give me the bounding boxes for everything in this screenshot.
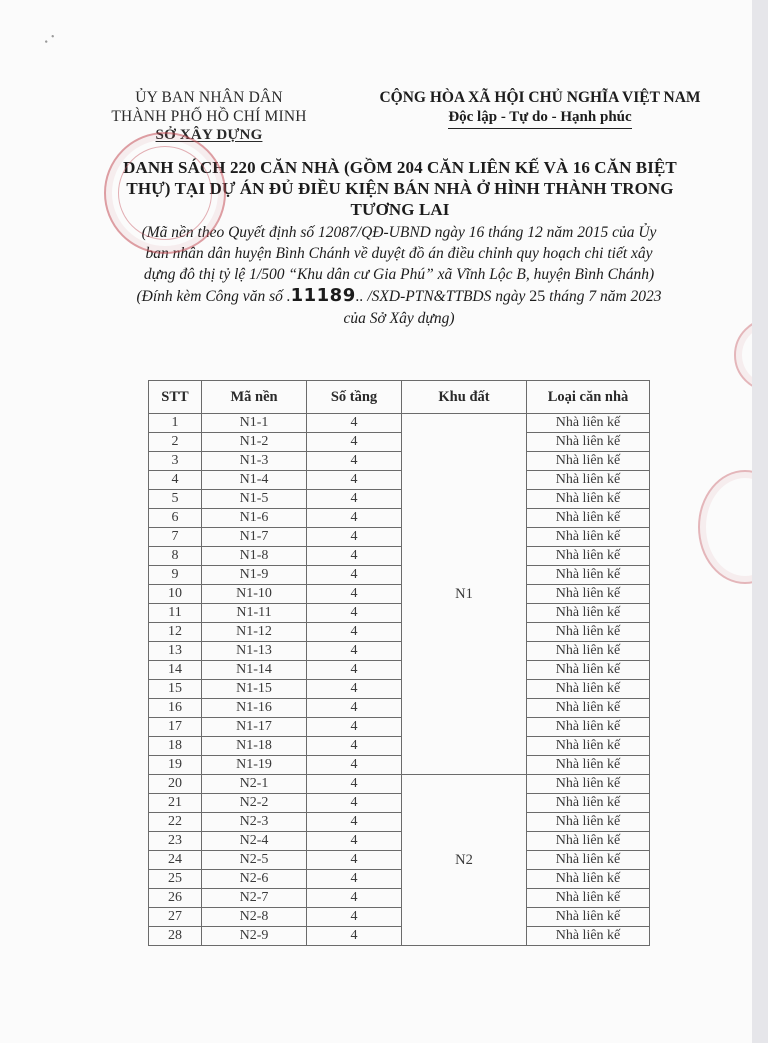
cell-stt: 14: [149, 661, 202, 680]
cell-ma-nen: N1-15: [202, 680, 307, 699]
cell-stt: 9: [149, 566, 202, 585]
cell-ma-nen: N1-12: [202, 623, 307, 642]
cell-so-tang: 4: [307, 566, 402, 585]
table-row: 1N1-14N1Nhà liên kế: [149, 414, 650, 433]
cell-stt: 13: [149, 642, 202, 661]
cell-loai-can-nha: Nhà liên kế: [527, 604, 650, 623]
cell-loai-can-nha: Nhà liên kế: [527, 471, 650, 490]
attachment-middle: .. /SXD-PTN&TTBDS ngày: [356, 288, 530, 305]
cell-stt: 10: [149, 585, 202, 604]
cell-loai-can-nha: Nhà liên kế: [527, 566, 650, 585]
cell-stt: 19: [149, 756, 202, 775]
table-row: 13N1-134Nhà liên kế: [149, 642, 650, 661]
cell-ma-nen: N1-11: [202, 604, 307, 623]
title-line-1: DANH SÁCH 220 CĂN NHÀ (GỒM 204 CĂN LIÊN …: [110, 157, 690, 178]
cell-so-tang: 4: [307, 927, 402, 946]
subtitle-line-2: ban nhân dân huyện Bình Chánh về duyệt đ…: [104, 243, 694, 264]
cell-so-tang: 4: [307, 585, 402, 604]
cell-loai-can-nha: Nhà liên kế: [527, 433, 650, 452]
cell-loai-can-nha: Nhà liên kế: [527, 794, 650, 813]
cell-so-tang: 4: [307, 699, 402, 718]
cell-ma-nen: N2-5: [202, 851, 307, 870]
table-row: 14N1-144Nhà liên kế: [149, 661, 650, 680]
cell-ma-nen: N2-4: [202, 832, 307, 851]
cell-stt: 17: [149, 718, 202, 737]
table-row: 8N1-84Nhà liên kế: [149, 547, 650, 566]
table-row: 6N1-64Nhà liên kế: [149, 509, 650, 528]
table-row: 7N1-74Nhà liên kế: [149, 528, 650, 547]
cell-loai-can-nha: Nhà liên kế: [527, 699, 650, 718]
cell-loai-can-nha: Nhà liên kế: [527, 870, 650, 889]
cell-loai-can-nha: Nhà liên kế: [527, 851, 650, 870]
table-row: 11N1-114Nhà liên kế: [149, 604, 650, 623]
cell-so-tang: 4: [307, 471, 402, 490]
cell-stt: 11: [149, 604, 202, 623]
cell-stt: 1: [149, 414, 202, 433]
attachment-prefix: (Đính kèm Công văn số .: [136, 288, 290, 305]
header-loai-can-nha: Loại căn nhà: [527, 381, 650, 414]
agency-line-2: THÀNH PHỐ HỒ CHÍ MINH: [96, 107, 322, 126]
table-row: 24N2-54Nhà liên kế: [149, 851, 650, 870]
cell-stt: 5: [149, 490, 202, 509]
attachment-note: (Đính kèm Công văn số .11189.. /SXD-PTN&…: [104, 285, 694, 330]
cell-so-tang: 4: [307, 851, 402, 870]
cell-loai-can-nha: Nhà liên kế: [527, 452, 650, 471]
document-subtitle: (Mã nền theo Quyết định số 12087/QĐ-UBND…: [104, 222, 694, 285]
cell-ma-nen: N1-18: [202, 737, 307, 756]
table-row: 16N1-164Nhà liên kế: [149, 699, 650, 718]
cell-stt: 16: [149, 699, 202, 718]
cell-ma-nen: N1-7: [202, 528, 307, 547]
cell-loai-can-nha: Nhà liên kế: [527, 775, 650, 794]
house-list-table: STT Mã nền Số tầng Khu đất Loại căn nhà …: [148, 380, 650, 946]
cell-so-tang: 4: [307, 604, 402, 623]
cell-stt: 27: [149, 908, 202, 927]
cell-loai-can-nha: Nhà liên kế: [527, 889, 650, 908]
viewer-margin: [752, 0, 768, 1043]
cell-stt: 21: [149, 794, 202, 813]
cell-ma-nen: N1-4: [202, 471, 307, 490]
cell-ma-nen: N1-13: [202, 642, 307, 661]
title-line-3: TƯƠNG LAI: [110, 199, 690, 220]
cell-ma-nen: N2-9: [202, 927, 307, 946]
table-row: 4N1-44Nhà liên kế: [149, 471, 650, 490]
subtitle-line-3: dựng đô thị tỷ lệ 1/500 “Khu dân cư Gia …: [104, 264, 694, 285]
table-row: 23N2-44Nhà liên kế: [149, 832, 650, 851]
table-row: 2N1-24Nhà liên kế: [149, 433, 650, 452]
cell-ma-nen: N1-9: [202, 566, 307, 585]
cell-ma-nen: N2-3: [202, 813, 307, 832]
cell-loai-can-nha: Nhà liên kế: [527, 490, 650, 509]
table-body: 1N1-14N1Nhà liên kế2N1-24Nhà liên kế3N1-…: [149, 414, 650, 946]
table-row: 5N1-54Nhà liên kế: [149, 490, 650, 509]
cell-loai-can-nha: Nhà liên kế: [527, 414, 650, 433]
cell-ma-nen: N1-19: [202, 756, 307, 775]
cell-so-tang: 4: [307, 623, 402, 642]
cell-so-tang: 4: [307, 813, 402, 832]
issuing-agency: ỦY BAN NHÂN DÂN THÀNH PHỐ HỒ CHÍ MINH SỞ…: [96, 88, 322, 145]
cell-khu-dat: N2: [402, 775, 527, 946]
table-row: 21N2-24Nhà liên kế: [149, 794, 650, 813]
cell-stt: 28: [149, 927, 202, 946]
cell-loai-can-nha: Nhà liên kế: [527, 623, 650, 642]
cell-loai-can-nha: Nhà liên kế: [527, 908, 650, 927]
table-row: 12N1-124Nhà liên kế: [149, 623, 650, 642]
cell-ma-nen: N1-2: [202, 433, 307, 452]
table-row: 17N1-174Nhà liên kế: [149, 718, 650, 737]
cell-so-tang: 4: [307, 433, 402, 452]
cell-loai-can-nha: Nhà liên kế: [527, 756, 650, 775]
subtitle-line-1: (Mã nền theo Quyết định số 12087/QĐ-UBND…: [104, 222, 694, 243]
dispatch-number: 11189: [291, 285, 356, 306]
cell-so-tang: 4: [307, 490, 402, 509]
national-motto: Độc lập - Tự do - Hạnh phúc: [448, 108, 631, 129]
cell-ma-nen: N2-1: [202, 775, 307, 794]
table-row: 10N1-104Nhà liên kế: [149, 585, 650, 604]
cell-so-tang: 4: [307, 756, 402, 775]
dispatch-day: 25: [529, 288, 545, 305]
cell-ma-nen: N2-8: [202, 908, 307, 927]
national-title: CỘNG HÒA XÃ HỘI CHỦ NGHĨA VIỆT NAM: [362, 88, 718, 107]
cell-so-tang: 4: [307, 509, 402, 528]
cell-loai-can-nha: Nhà liên kế: [527, 718, 650, 737]
cell-ma-nen: N1-1: [202, 414, 307, 433]
table-row: 19N1-194Nhà liên kế: [149, 756, 650, 775]
cell-loai-can-nha: Nhà liên kế: [527, 642, 650, 661]
attachment-line-2: của Sở Xây dựng): [104, 308, 694, 330]
cell-stt: 26: [149, 889, 202, 908]
national-header: CỘNG HÒA XÃ HỘI CHỦ NGHĨA VIỆT NAM Độc l…: [362, 88, 718, 129]
header-ma-nen: Mã nền: [202, 381, 307, 414]
cell-ma-nen: N2-7: [202, 889, 307, 908]
agency-line-1: ỦY BAN NHÂN DÂN: [96, 88, 322, 107]
cell-ma-nen: N1-16: [202, 699, 307, 718]
cell-loai-can-nha: Nhà liên kế: [527, 585, 650, 604]
table-header-row: STT Mã nền Số tầng Khu đất Loại căn nhà: [149, 381, 650, 414]
cell-so-tang: 4: [307, 832, 402, 851]
cell-so-tang: 4: [307, 794, 402, 813]
cell-ma-nen: N1-8: [202, 547, 307, 566]
cell-loai-can-nha: Nhà liên kế: [527, 680, 650, 699]
agency-department: SỞ XÂY DỰNG: [96, 126, 322, 145]
cell-so-tang: 4: [307, 889, 402, 908]
cell-loai-can-nha: Nhà liên kế: [527, 509, 650, 528]
table-row: 15N1-154Nhà liên kế: [149, 680, 650, 699]
cell-ma-nen: N1-17: [202, 718, 307, 737]
cell-loai-can-nha: Nhà liên kế: [527, 832, 650, 851]
cell-ma-nen: N1-5: [202, 490, 307, 509]
cell-so-tang: 4: [307, 718, 402, 737]
cell-so-tang: 4: [307, 680, 402, 699]
scan-mark-icon: • •: [42, 20, 84, 62]
cell-khu-dat: N1: [402, 414, 527, 775]
cell-stt: 22: [149, 813, 202, 832]
cell-stt: 4: [149, 471, 202, 490]
cell-so-tang: 4: [307, 452, 402, 471]
table-row: 28N2-94Nhà liên kế: [149, 927, 650, 946]
cell-so-tang: 4: [307, 908, 402, 927]
cell-stt: 7: [149, 528, 202, 547]
cell-loai-can-nha: Nhà liên kế: [527, 528, 650, 547]
cell-stt: 15: [149, 680, 202, 699]
cell-so-tang: 4: [307, 642, 402, 661]
cell-so-tang: 4: [307, 414, 402, 433]
cell-loai-can-nha: Nhà liên kế: [527, 927, 650, 946]
table-row: 26N2-74Nhà liên kế: [149, 889, 650, 908]
cell-so-tang: 4: [307, 870, 402, 889]
cell-loai-can-nha: Nhà liên kế: [527, 737, 650, 756]
cell-so-tang: 4: [307, 737, 402, 756]
cell-stt: 8: [149, 547, 202, 566]
table-row: 20N2-14N2Nhà liên kế: [149, 775, 650, 794]
cell-ma-nen: N1-6: [202, 509, 307, 528]
table-row: 3N1-34Nhà liên kế: [149, 452, 650, 471]
cell-stt: 18: [149, 737, 202, 756]
cell-stt: 3: [149, 452, 202, 471]
cell-stt: 25: [149, 870, 202, 889]
header-khu-dat: Khu đất: [402, 381, 527, 414]
cell-ma-nen: N2-6: [202, 870, 307, 889]
cell-stt: 20: [149, 775, 202, 794]
header-so-tang: Số tầng: [307, 381, 402, 414]
cell-ma-nen: N1-10: [202, 585, 307, 604]
table-row: 27N2-84Nhà liên kế: [149, 908, 650, 927]
cell-loai-can-nha: Nhà liên kế: [527, 813, 650, 832]
cell-stt: 12: [149, 623, 202, 642]
cell-ma-nen: N2-2: [202, 794, 307, 813]
cell-stt: 24: [149, 851, 202, 870]
table-row: 25N2-64Nhà liên kế: [149, 870, 650, 889]
cell-so-tang: 4: [307, 547, 402, 566]
cell-so-tang: 4: [307, 775, 402, 794]
cell-so-tang: 4: [307, 528, 402, 547]
table-row: 22N2-34Nhà liên kế: [149, 813, 650, 832]
header-stt: STT: [149, 381, 202, 414]
table-row: 9N1-94Nhà liên kế: [149, 566, 650, 585]
cell-so-tang: 4: [307, 661, 402, 680]
table-row: 18N1-184Nhà liên kế: [149, 737, 650, 756]
cell-ma-nen: N1-3: [202, 452, 307, 471]
title-line-2: THỰ) TẠI DỰ ÁN ĐỦ ĐIỀU KIỆN BÁN NHÀ Ở HÌ…: [110, 178, 690, 199]
cell-loai-can-nha: Nhà liên kế: [527, 547, 650, 566]
document-page: • • ỦY BAN NHÂN DÂN THÀNH PHỐ HỒ CHÍ MIN…: [0, 0, 752, 1043]
cell-stt: 2: [149, 433, 202, 452]
document-title: DANH SÁCH 220 CĂN NHÀ (GỒM 204 CĂN LIÊN …: [110, 157, 690, 220]
attachment-suffix: tháng 7 năm 2023: [545, 288, 661, 305]
cell-stt: 6: [149, 509, 202, 528]
cell-ma-nen: N1-14: [202, 661, 307, 680]
cell-loai-can-nha: Nhà liên kế: [527, 661, 650, 680]
cell-stt: 23: [149, 832, 202, 851]
